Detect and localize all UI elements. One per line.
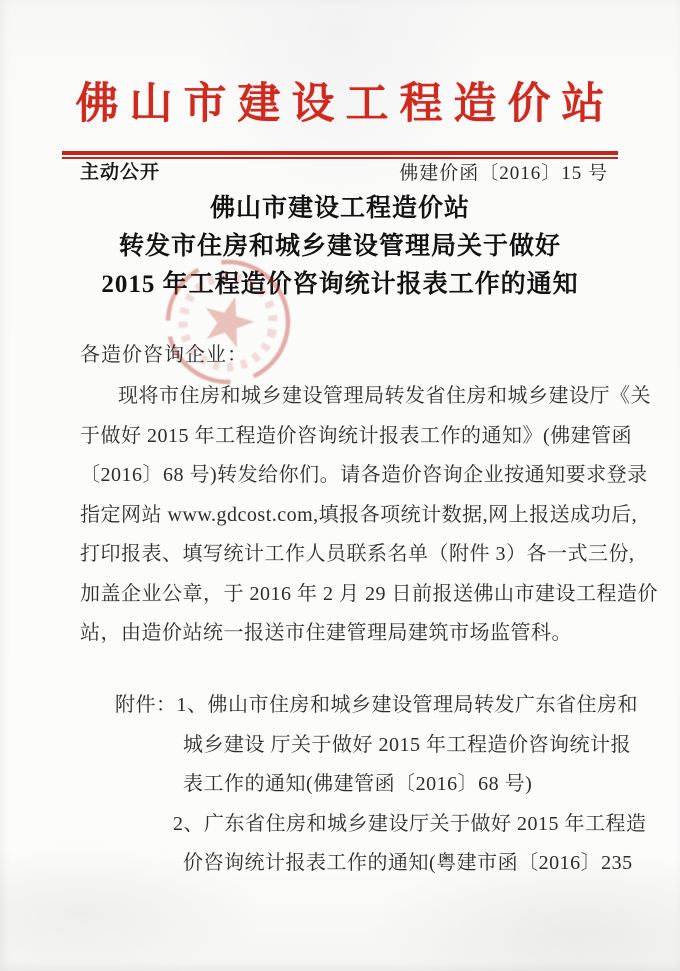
letterhead-separator-thick bbox=[62, 151, 618, 155]
body-line: 加盖企业公章，于 2016 年 2 月 29 日前报送佛山市建设工程造价 bbox=[80, 575, 626, 615]
body-line: 指定网站 www.gdcost.com,填报各项统计数据,网上报送成功后, bbox=[80, 496, 626, 536]
body-line: 于做好 2015 年工程造价咨询统计报表工作的通知》(佛建管函 bbox=[80, 417, 626, 457]
disclosure-label: 主动公开 bbox=[80, 161, 160, 185]
document-number: 佛建价函〔2016〕15 号 bbox=[399, 162, 608, 186]
attachment-line: 价咨询统计报表工作的通知(粤建市函〔2016〕235 bbox=[80, 844, 640, 884]
letterhead-org-name: 佛山市建设工程造价站 bbox=[0, 81, 680, 128]
salutation: 各造价咨询企业： bbox=[80, 336, 248, 376]
body-line: 〔2016〕68 号)转发给你们。请各造价咨询企业按通知要求登录 bbox=[80, 456, 626, 496]
scanned-document-page: 佛山市建设工程造价站 主动公开 佛建价函〔2016〕15 号 佛山市建设工程造价… bbox=[0, 0, 680, 971]
notice-title-line-2: 转发市住房和城乡建设管理局关于做好 bbox=[0, 228, 680, 266]
notice-title-line-3: 2015 年工程造价咨询统计报表工作的通知 bbox=[0, 266, 680, 304]
attachments-list: 附件：1、佛山市住房和城乡建设管理局转发广东省住房和 城乡建设 厅关于做好 20… bbox=[80, 686, 640, 884]
body-paragraph: 现将市住房和城乡建设管理局转发省住房和城乡建设厅《关 于做好 2015 年工程造… bbox=[80, 377, 626, 654]
body-line: 现将市住房和城乡建设管理局转发省住房和城乡建设厅《关 bbox=[80, 377, 626, 417]
letterhead-separator-thin bbox=[62, 157, 618, 159]
body-line: 打印报表、填写统计工作人员联系名单（附件 3）各一式三份, bbox=[80, 535, 626, 575]
attachment-line: 2、广东省住房和城乡建设厅关于做好 2015 年工程造 bbox=[80, 805, 640, 845]
attachment-line: 表工作的通知(佛建管函〔2016〕68 号) bbox=[80, 765, 640, 805]
attachment-line: 附件：1、佛山市住房和城乡建设管理局转发广东省住房和 bbox=[80, 686, 640, 726]
notice-title-line-1: 佛山市建设工程造价站 bbox=[0, 190, 680, 228]
notice-title: 佛山市建设工程造价站 转发市住房和城乡建设管理局关于做好 2015 年工程造价咨… bbox=[0, 190, 680, 304]
attachment-line: 城乡建设 厅关于做好 2015 年工程造价咨询统计报 bbox=[80, 726, 640, 766]
body-line: 站，由造价站统一报送市住建管理局建筑市场监管科。 bbox=[80, 614, 626, 654]
